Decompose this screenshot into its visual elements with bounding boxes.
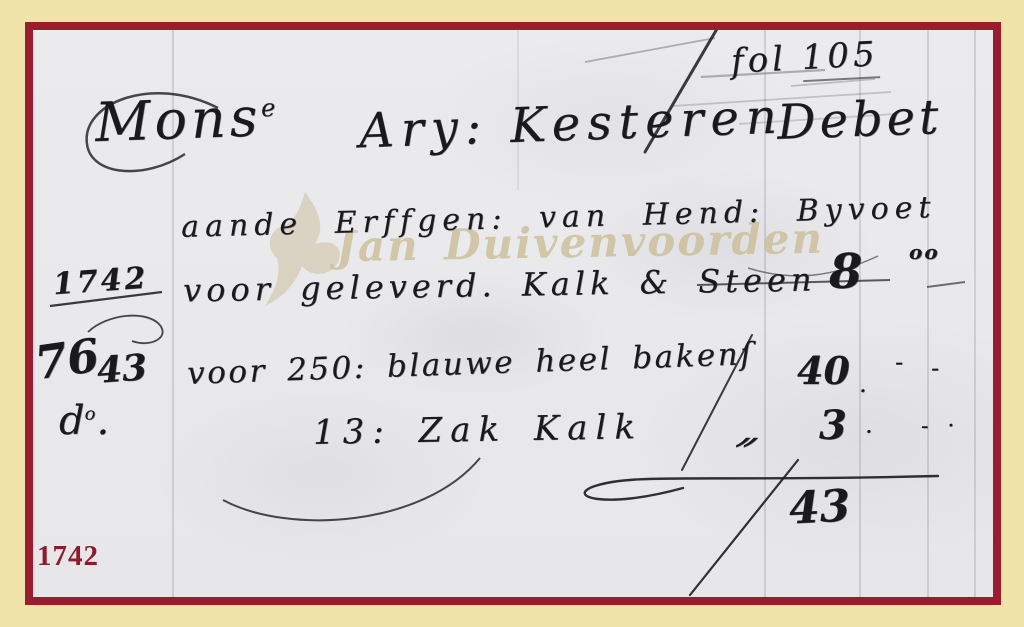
amount-dash-mark: - — [931, 354, 939, 382]
matte-background: Jan Duivenvoorden fol 105 Monse Ary: Kes… — [0, 0, 1024, 627]
entry1-amount-dash — [927, 282, 965, 287]
entry-amount: 40 — [797, 348, 850, 393]
margin-ditto-mark: do. — [59, 398, 109, 444]
margin-carried-amount: 43 — [96, 346, 149, 391]
amount-dot-mark: . — [859, 370, 867, 398]
margin-folio-ref: 76 — [33, 328, 102, 390]
folio-word: fol — [730, 39, 788, 82]
amount-dash-mark: - · — [921, 414, 960, 439]
total-amount: 43 — [788, 480, 852, 534]
amount-dash-mark: - — [895, 348, 903, 376]
entry-amount: 3 — [819, 402, 847, 449]
paper-surface: Jan Duivenvoorden fol 105 Monse Ary: Kes… — [33, 30, 993, 597]
amount-dot-mark: · — [865, 418, 873, 446]
entry-description: 13: Zak Kalk — [313, 407, 644, 453]
margin-year: 1742 — [52, 261, 150, 303]
folio-number: 105 — [801, 34, 880, 82]
entry-amount: 8 — [829, 244, 862, 300]
scanned-ledger-page: Jan Duivenvoorden fol 105 Monse Ary: Kes… — [25, 22, 1001, 605]
margin-flourish — [88, 316, 163, 344]
total-slash — [690, 460, 798, 595]
year-stamp: 1742 — [37, 540, 99, 573]
heading-mons: Monse — [94, 85, 278, 154]
entry-description: voor geleverd. Kalk & Steen — [183, 260, 817, 309]
mons-superscript: e — [260, 93, 276, 123]
entry-amount-superscript: oo — [909, 240, 940, 264]
kalk-swash — [223, 458, 480, 520]
nil-ditto-mark: „ — [731, 412, 779, 452]
folio-label: fol 105 — [730, 34, 880, 82]
sum-line — [585, 476, 938, 500]
entry-description: voor 250: blauwe heel bakenſ — [187, 336, 755, 392]
heading-account-name: Ary: Kesteren — [358, 89, 784, 160]
heading-debet: Debet — [776, 89, 943, 151]
